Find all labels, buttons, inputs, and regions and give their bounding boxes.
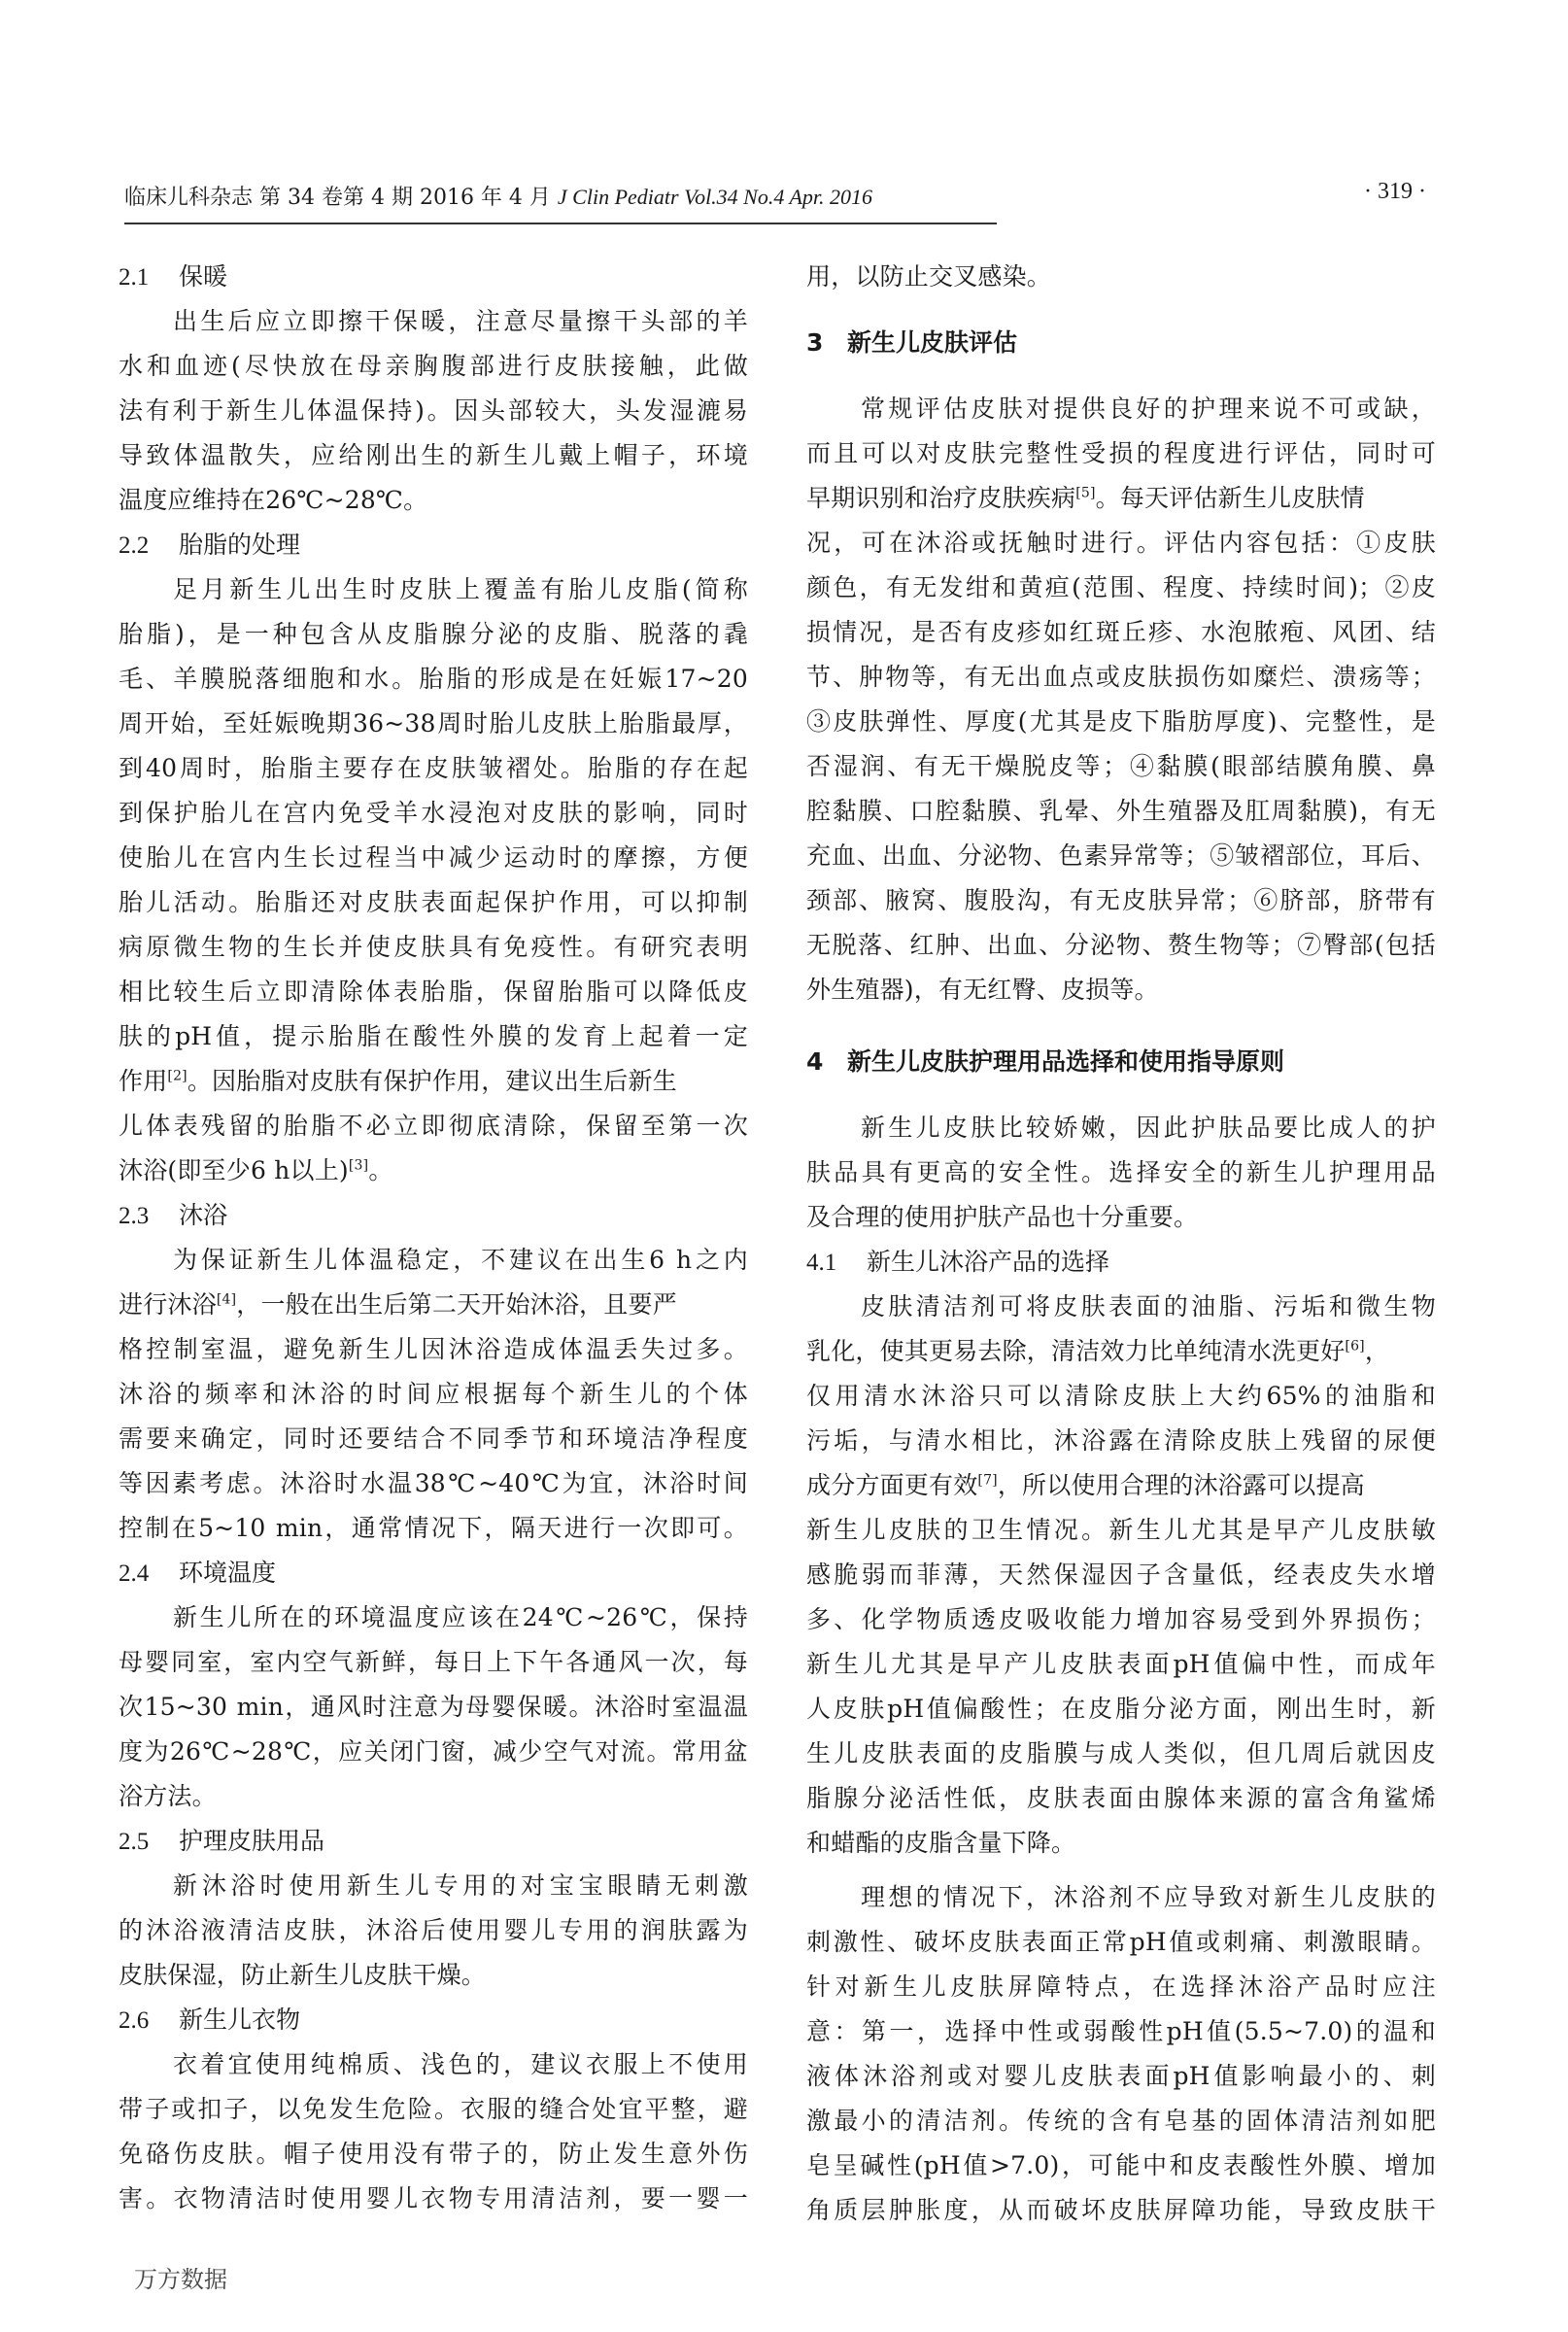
paragraph-line: 新生儿皮肤的卫生情况。新生儿尤其是早产儿皮肤敏 <box>806 1508 1436 1553</box>
paragraph-line: 角质层肿胀度，从而破坏皮肤屏障功能，导致皮肤干 <box>806 2188 1436 2233</box>
text-run: 。 <box>368 1156 392 1184</box>
paragraph-line: 生儿皮肤表面的皮脂膜与成人类似，但几周后就因皮 <box>806 1732 1436 1776</box>
paragraph-line: 和蜡酯的皮脂含量下降。 <box>806 1821 1436 1866</box>
section-title: 新生儿皮肤评估 <box>847 328 1017 357</box>
paragraph-line: 水和血迹(尽快放在母亲胸腹部进行皮肤接触，此做 <box>119 344 748 389</box>
right-column: 用，以防止交叉感染。 3新生儿皮肤评估 常规评估皮肤对提供良好的护理来说不可或缺… <box>806 255 1436 2233</box>
spacer <box>806 1084 1436 1106</box>
paragraph-line: 为保证新生儿体温稳定，不建议在出生6 h之内 <box>119 1238 748 1283</box>
citation-ref[interactable]: [4] <box>217 1292 236 1308</box>
paragraph-line: ③皮肤弹性、厚度(尤其是皮下脂肪厚度)、完整性，是 <box>806 700 1436 744</box>
section-number: 2.5 <box>119 1820 179 1865</box>
section-heading-2-2: 2.2胎脂的处理 <box>119 523 748 567</box>
paragraph-line: 毛、羊膜脱落细胞和水。胎脂的形成是在妊娠17~20 <box>119 657 748 702</box>
paragraph-line: 况，可在沐浴或抚触时进行。评估内容包括：①皮肤 <box>806 521 1436 566</box>
spacer <box>806 1866 1436 1875</box>
text-run: 成分方面更有效 <box>806 1471 977 1499</box>
paragraph-line: 及合理的使用护肤产品也十分重要。 <box>806 1195 1436 1240</box>
text-run: ，一般在出生后第二天开始沐浴，且要严 <box>236 1290 677 1319</box>
paragraph-line: 意：第一，选择中性或弱酸性pH值(5.5~7.0)的温和 <box>806 2009 1436 2054</box>
left-column: 2.1保暖 出生后应立即擦干保暖，注意尽量擦干头部的羊 水和血迹(尽快放在母亲胸… <box>119 255 748 2221</box>
text-run: 乳化，使其更易去除，清洁效力比单纯清水洗更好 <box>806 1337 1345 1365</box>
citation-ref[interactable]: [7] <box>977 1473 997 1489</box>
paragraph-line: 度为26℃~28℃，应关闭门窗，减少空气对流。常用盆 <box>119 1730 748 1774</box>
paragraph-line: 针对新生儿皮肤屏障特点，在选择沐浴产品时应注 <box>806 1965 1436 2009</box>
section-number: 3 <box>806 321 847 365</box>
section-number: 2.4 <box>119 1552 179 1596</box>
paragraph-line: 出生后应立即擦干保暖，注意尽量擦干头部的羊 <box>119 299 748 344</box>
paragraph-line: 而且可以对皮肤完整性受损的程度进行评估，同时可 <box>806 431 1436 476</box>
section-title: 环境温度 <box>179 1559 276 1587</box>
section-title: 新生儿皮肤护理用品选择和使用指导原则 <box>847 1047 1284 1076</box>
running-header: 临床儿科杂志 第 34 卷第 4 期 2016 年 4 月 J Clin Ped… <box>124 181 872 211</box>
paragraph-line: 常规评估皮肤对提供良好的护理来说不可或缺， <box>806 387 1436 431</box>
paragraph-line: 需要来确定，同时还要结合不同季节和环境洁净程度 <box>119 1417 748 1461</box>
paragraph-line: 儿体表残留的胎脂不必立即彻底清除，保留至第一次 <box>119 1104 748 1149</box>
paragraph-line: 法有利于新生儿体温保持)。因头部较大，头发湿漉易 <box>119 389 748 433</box>
text-run: 沐浴(即至少6 h以上) <box>119 1156 349 1184</box>
section-heading-2-3: 2.3沐浴 <box>119 1193 748 1238</box>
paragraph-line: 乳化，使其更易去除，清洁效力比单纯清水洗更好[6]， <box>806 1329 1436 1374</box>
paragraph-line: 多、化学物质透皮吸收能力增加容易受到外界损伤； <box>806 1597 1436 1642</box>
paragraph-line: 肤品具有更高的安全性。选择安全的新生儿护理用品 <box>806 1150 1436 1195</box>
paragraph-line: 颜色，有无发绀和黄疸(范围、程度、持续时间)；②皮 <box>806 566 1436 610</box>
paragraph-line: 脂腺分泌活性低，皮肤表面由腺体来源的富含角鲨烯 <box>806 1776 1436 1821</box>
paragraph-line: 衣着宜使用纯棉质、浅色的，建议衣服上不使用 <box>119 2042 748 2087</box>
citation-ref[interactable]: [5] <box>1075 486 1095 501</box>
paragraph-line: 新生儿尤其是早产儿皮肤表面pH值偏中性，而成年 <box>806 1642 1436 1687</box>
section-title: 新生儿沐浴产品的选择 <box>867 1248 1109 1276</box>
paragraph-line: 成分方面更有效[7]，所以使用合理的沐浴露可以提高 <box>806 1463 1436 1508</box>
paragraph-line: 足月新生儿出生时皮肤上覆盖有胎儿皮脂(简称 <box>119 567 748 612</box>
paragraph-line: 等因素考虑。沐浴时水温38℃~40℃为宜，沐浴时间 <box>119 1461 748 1506</box>
paragraph-line: 控制在5~10 min，通常情况下，隔天进行一次即可。 <box>119 1506 748 1551</box>
text-run: 早期识别和治疗皮肤疾病 <box>806 484 1075 512</box>
section-heading-3: 3新生儿皮肤评估 <box>806 321 1436 365</box>
text-run: ，所以使用合理的沐浴露可以提高 <box>998 1471 1365 1499</box>
section-number: 2.1 <box>119 256 179 300</box>
spacer <box>806 365 1436 387</box>
paragraph-line: 肤的pH值，提示胎脂在酸性外膜的发育上起着一定 <box>119 1014 748 1059</box>
section-title: 保暖 <box>179 262 227 291</box>
section-title: 胎脂的处理 <box>179 531 300 559</box>
citation-ref[interactable]: [2] <box>167 1069 187 1084</box>
paragraph-line: 损情况，是否有皮疹如红斑丘疹、水泡脓疱、风团、结 <box>806 610 1436 655</box>
text-run: 。每天评估新生儿皮肤情 <box>1096 484 1365 512</box>
paragraph-line: 新生儿所在的环境温度应该在24℃~26℃，保持 <box>119 1595 748 1640</box>
paragraph-line: 污垢，与清水相比，沐浴露在清除皮肤上残留的尿便 <box>806 1419 1436 1463</box>
paragraph-line: 的沐浴液清洁皮肤，沐浴后使用婴儿专用的润肤露为 <box>119 1908 748 1953</box>
paragraph-line: 病原微生物的生长并使皮肤具有免疫性。有研究表明 <box>119 925 748 970</box>
paragraph-line: 激最小的清洁剂。传统的含有皂基的固体清洁剂如肥 <box>806 2099 1436 2143</box>
paragraph-line: 颈部、腋窝、腹股沟，有无皮肤异常；⑥脐部，脐带有 <box>806 878 1436 923</box>
section-number: 4.1 <box>806 1241 867 1286</box>
section-title: 沐浴 <box>179 1201 227 1229</box>
paragraph-line: 带子或扣子，以免发生危险。衣服的缝合处宜平整，避 <box>119 2087 748 2132</box>
paragraph-line: 皮肤保湿，防止新生儿皮肤干燥。 <box>119 1953 748 1998</box>
paragraph-line: 节、肿物等，有无出血点或皮肤损伤如糜烂、溃疡等； <box>806 655 1436 700</box>
paragraph-line: 周开始，至妊娠晚期36~38周时胎儿皮肤上胎脂最厚， <box>119 702 748 746</box>
paragraph-line: 使胎儿在宫内生长过程当中减少运动时的摩擦，方便 <box>119 836 748 880</box>
section-number: 2.2 <box>119 524 179 568</box>
paragraph-line: 充血、出血、分泌物、色素异常等；⑤皱褶部位，耳后、 <box>806 834 1436 878</box>
paragraph-line: 格控制室温，避免新生儿因沐浴造成体温丢失过多。 <box>119 1327 748 1372</box>
source-watermark: 万方数据 <box>134 2260 227 2294</box>
header-rule <box>124 223 997 224</box>
paragraph-line: 仅用清水沐浴只可以清除皮肤上大约65%的油脂和 <box>806 1374 1436 1419</box>
paragraph-line: 免硌伤皮肤。帽子使用没有带子的，防止发生意外伤 <box>119 2132 748 2177</box>
section-title: 护理皮肤用品 <box>179 1827 324 1855</box>
paragraph-line: 用，以防止交叉感染。 <box>806 255 1436 299</box>
section-heading-2-1: 2.1保暖 <box>119 255 748 299</box>
paragraph-line: 母婴同室，室内空气新鲜，每日上下午各通风一次，每 <box>119 1640 748 1685</box>
paragraph-line: 新沐浴时使用新生儿专用的对宝宝眼睛无刺激 <box>119 1864 748 1908</box>
paragraph-line: 浴方法。 <box>119 1774 748 1819</box>
paragraph-line: 早期识别和治疗皮肤疾病[5]。每天评估新生儿皮肤情 <box>806 476 1436 521</box>
text-run: 。因胎脂对皮肤有保护作用，建议出生后新生 <box>187 1067 677 1095</box>
paragraph-line: 到保护胎儿在宫内免受羊水浸泡对皮肤的影响，同时 <box>119 791 748 836</box>
journal-title-en: J Clin Pediatr Vol.34 No.4 Apr. 2016 <box>558 185 872 209</box>
section-heading-4-1: 4.1新生儿沐浴产品的选择 <box>806 1240 1436 1285</box>
paragraph-line: 刺激性、破坏皮肤表面正常pH值或刺痛、刺激眼睛。 <box>806 1920 1436 1965</box>
section-title: 新生儿衣物 <box>179 2006 300 2034</box>
paragraph-line: 外生殖器)，有无红臀、皮损等。 <box>806 968 1436 1012</box>
paragraph-line: 新生儿皮肤比较娇嫩，因此护肤品要比成人的护 <box>806 1106 1436 1150</box>
paragraph-line: 到40周时，胎脂主要存在皮肤皱褶处。胎脂的存在起 <box>119 746 748 791</box>
text-run: ， <box>1365 1337 1389 1365</box>
journal-title-cn: 临床儿科杂志 第 34 卷第 4 期 2016 年 4 月 <box>124 186 558 210</box>
section-number: 2.6 <box>119 1999 179 2043</box>
spacer <box>806 1012 1436 1040</box>
paragraph-line: 沐浴的频率和沐浴的时间应根据每个新生儿的个体 <box>119 1372 748 1417</box>
page-number: · 319 · <box>1364 179 1426 205</box>
paragraph-line: 人皮肤pH值偏酸性；在皮脂分泌方面，刚出生时，新 <box>806 1687 1436 1732</box>
paragraph-line: 皮肤清洁剂可将皮肤表面的油脂、污垢和微生物 <box>806 1285 1436 1329</box>
citation-ref[interactable]: [3] <box>349 1158 368 1174</box>
spacer <box>806 299 1436 321</box>
paragraph-line: 液体沐浴剂或对婴儿皮肤表面pH值影响最小的、刺 <box>806 2054 1436 2099</box>
paragraph-line: 理想的情况下，沐浴剂不应导致对新生儿皮肤的 <box>806 1875 1436 1920</box>
text-run: 作用 <box>119 1067 167 1095</box>
citation-ref[interactable]: [6] <box>1345 1339 1364 1355</box>
section-heading-2-4: 2.4环境温度 <box>119 1551 748 1595</box>
text-run: 进行沐浴 <box>119 1290 217 1319</box>
paragraph-line: 否湿润、有无干燥脱皮等；④黏膜(眼部结膜角膜、鼻 <box>806 744 1436 789</box>
section-number: 4 <box>806 1040 847 1084</box>
paragraph-line: 次15~30 min，通风时注意为母婴保暖。沐浴时室温温 <box>119 1685 748 1730</box>
paragraph-line: 害。衣物清洁时使用婴儿衣物专用清洁剂，要一婴一 <box>119 2177 748 2221</box>
paragraph-line: 无脱落、红肿、出血、分泌物、赘生物等；⑦臀部(包括 <box>806 923 1436 968</box>
paragraph-line: 沐浴(即至少6 h以上)[3]。 <box>119 1149 748 1193</box>
paragraph-line: 导致体温散失，应给刚出生的新生儿戴上帽子，环境 <box>119 433 748 478</box>
paragraph-line: 作用[2]。因胎脂对皮肤有保护作用，建议出生后新生 <box>119 1059 748 1104</box>
section-heading-2-5: 2.5护理皮肤用品 <box>119 1819 748 1864</box>
paragraph-line: 温度应维持在26℃~28℃。 <box>119 478 748 523</box>
paragraph-line: 胎儿活动。胎脂还对皮肤表面起保护作用，可以抑制 <box>119 880 748 925</box>
paragraph-line: 皂呈碱性(pH值>7.0)，可能中和皮表酸性外膜、增加 <box>806 2143 1436 2188</box>
section-heading-4: 4新生儿皮肤护理用品选择和使用指导原则 <box>806 1040 1436 1084</box>
paragraph-line: 胎脂)，是一种包含从皮脂腺分泌的皮脂、脱落的毳 <box>119 612 748 657</box>
section-heading-2-6: 2.6新生儿衣物 <box>119 1998 748 2042</box>
paragraph-line: 感脆弱而菲薄，天然保湿因子含量低，经表皮失水增 <box>806 1553 1436 1597</box>
paragraph-line: 进行沐浴[4]，一般在出生后第二天开始沐浴，且要严 <box>119 1283 748 1327</box>
paragraph-line: 腔黏膜、口腔黏膜、乳晕、外生殖器及肛周黏膜)，有无 <box>806 789 1436 834</box>
section-number: 2.3 <box>119 1194 179 1239</box>
paragraph-line: 相比较生后立即清除体表胎脂，保留胎脂可以降低皮 <box>119 970 748 1014</box>
